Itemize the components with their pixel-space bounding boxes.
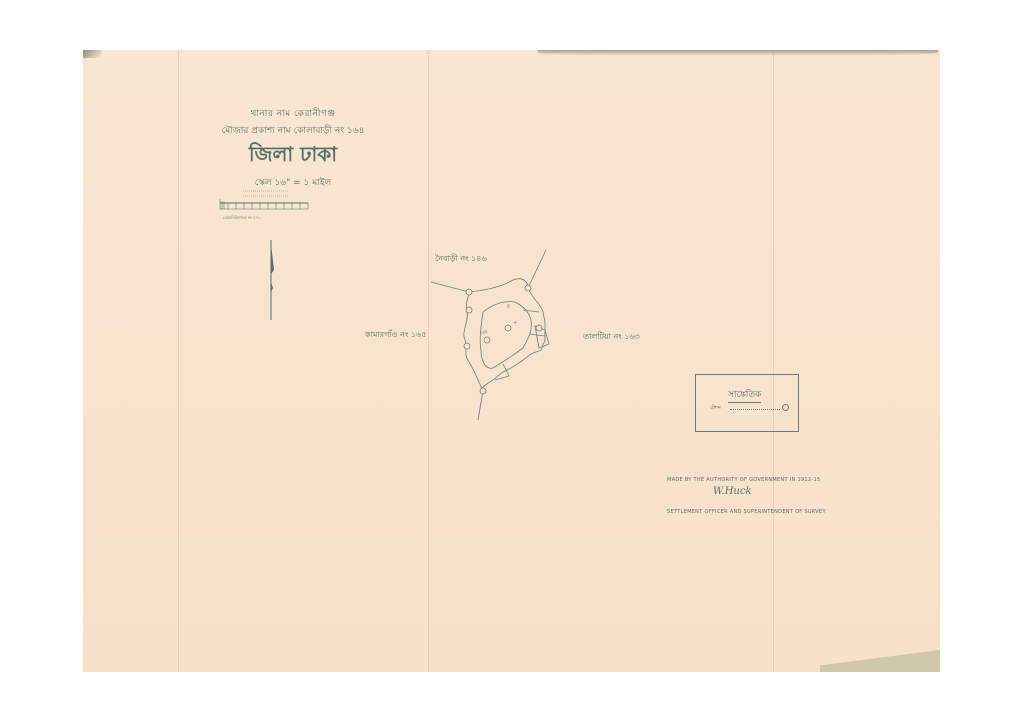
station-circle-icon <box>782 404 789 411</box>
legend-title: সাঙ্কেতিক <box>728 387 761 403</box>
adjacent-mouza-north: নৈবাড়ী নং ১৪৬ <box>435 253 487 266</box>
mouza-boundary-map: ই + মৌ <box>83 50 940 672</box>
legend-leader-dots <box>730 405 780 410</box>
svg-text:মৌ: মৌ <box>481 330 488 336</box>
svg-text:ই: ই <box>506 304 510 310</box>
signature: W.Huck <box>713 486 752 497</box>
authority-text: MADE BY THE AUTHORITY OF GOVERNMENT IN 1… <box>667 477 820 483</box>
adjacent-mouza-west: কামারগাঁও নং ১৬৫ <box>365 329 426 342</box>
svg-text:+: + <box>513 320 517 326</box>
legend-item-label: টেশন <box>710 405 721 411</box>
legend-box: সাঙ্কেতিক টেশন <box>695 374 799 432</box>
map-sheet: থানার নাম কেরানীগঞ্জ মৌজার প্রকাশ্য নাম … <box>83 50 940 672</box>
officer-title: SETTLEMENT OFFICER AND SUPERINTENDENT OF… <box>667 509 826 515</box>
legend-item: টেশন <box>710 405 790 413</box>
adjacent-mouza-east: তালটিয়া নং ১৬৩ <box>583 331 640 344</box>
